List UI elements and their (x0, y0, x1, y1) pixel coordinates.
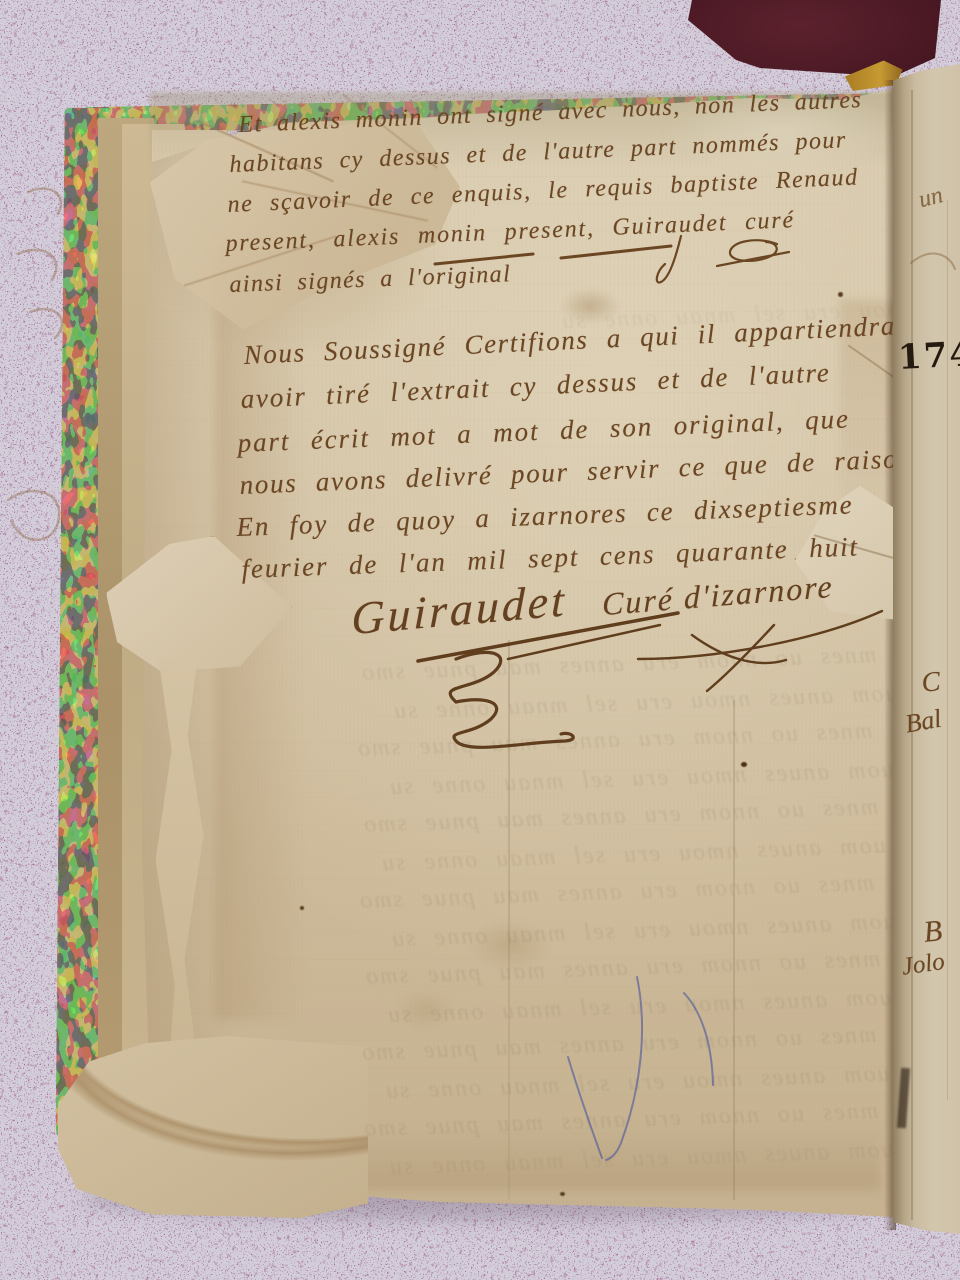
adjacent-page-stroke (905, 235, 960, 275)
adjacent-page-fragment: Bal (903, 704, 944, 740)
signature-flourish (360, 585, 920, 765)
blue-pen-marks (540, 960, 740, 1170)
paragraph-flourish (425, 232, 805, 304)
page-number-stamp: 174 (897, 334, 960, 378)
ink-bleedthrough-marks (0, 170, 110, 570)
adjacent-page-fragment: Jolo (900, 948, 947, 982)
water-stained-corner (58, 1036, 368, 1218)
adjacent-page-fragment: C (920, 666, 942, 700)
archival-photo-scene: sum onu menes uom anues nmou eru sel mna… (0, 0, 960, 1280)
adjacent-page-fragment: B (922, 914, 944, 950)
